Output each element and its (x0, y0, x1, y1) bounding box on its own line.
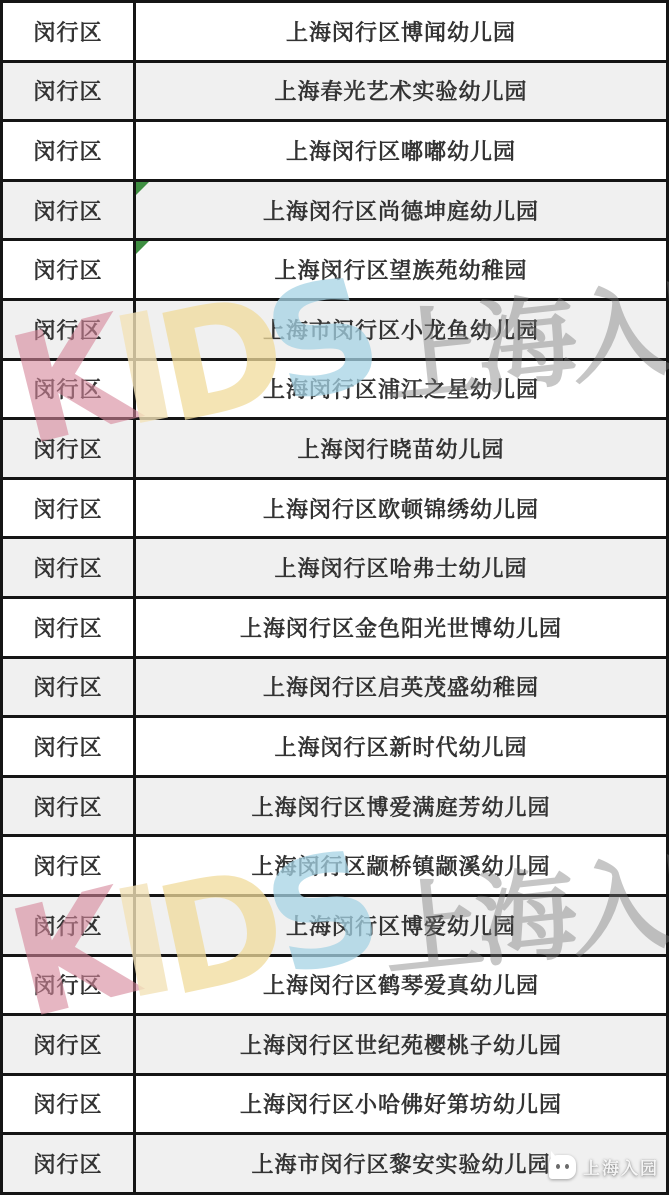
kindergarten-name-cell: 上海闵行区欧顿锦绣幼儿园 (136, 480, 666, 537)
mascot-ear (551, 1151, 558, 1159)
table-row: 闵行区 上海闵行区启英茂盛幼稚园 (3, 659, 666, 719)
kindergarten-name: 上海闵行区欧顿锦绣幼儿园 (263, 493, 539, 524)
district-cell: 闵行区 (3, 241, 136, 298)
kindergarten-list-screen: 闵行区 上海闵行区博闻幼儿园 闵行区 上海春光艺术实验幼儿园 闵行区 上海闵行区… (0, 0, 669, 1195)
table-row: 闵行区 上海闵行区欧顿锦绣幼儿园 (3, 480, 666, 540)
table-row: 闵行区 上海闵行区小哈佛好第坊幼儿园 (3, 1076, 666, 1136)
kindergarten-name: 上海闵行区博闻幼儿园 (286, 16, 516, 47)
kindergarten-name-cell: 上海闵行区启英茂盛幼稚园 (136, 659, 666, 716)
kindergarten-name: 上海闵行区新时代幼儿园 (274, 731, 527, 762)
district-cell: 闵行区 (3, 1016, 136, 1073)
table-row: 闵行区 上海闵行区颛桥镇颛溪幼儿园 (3, 837, 666, 897)
green-corner-marker (136, 182, 149, 195)
mascot-eye-left (556, 1164, 560, 1169)
table-row: 闵行区 上海闵行区尚德坤庭幼儿园 (3, 182, 666, 242)
kindergarten-name-cell: 上海市闵行区小龙鱼幼儿园 (136, 301, 666, 358)
kindergarten-name-cell: 上海闵行区望族苑幼稚园 (136, 241, 666, 298)
district-cell: 闵行区 (3, 1076, 136, 1133)
kindergarten-name: 上海闵行区尚德坤庭幼儿园 (263, 195, 539, 226)
district-cell: 闵行区 (3, 361, 136, 418)
district-cell: 闵行区 (3, 539, 136, 596)
kindergarten-name: 上海闵行区博爱幼儿园 (286, 910, 516, 941)
kindergarten-name-cell: 上海闵行区颛桥镇颛溪幼儿园 (136, 837, 666, 894)
district-cell: 闵行区 (3, 837, 136, 894)
kindergarten-name-cell: 上海闵行晓苗幼儿园 (136, 420, 666, 477)
brand-logo-text: 上海入园 (583, 1154, 659, 1179)
kindergarten-name-cell: 上海闵行区新时代幼儿园 (136, 718, 666, 775)
district-cell: 闵行区 (3, 599, 136, 656)
table-row: 闵行区 上海春光艺术实验幼儿园 (3, 63, 666, 123)
table-row: 闵行区 上海闵行区浦江之星幼儿园 (3, 361, 666, 421)
kindergarten-name-cell: 上海春光艺术实验幼儿园 (136, 63, 666, 120)
district-cell: 闵行区 (3, 420, 136, 477)
district-cell: 闵行区 (3, 957, 136, 1014)
table-row: 闵行区 上海闵行区博爱幼儿园 (3, 897, 666, 957)
kindergarten-name: 上海闵行区望族苑幼稚园 (274, 254, 527, 285)
kindergarten-name-cell: 上海闵行区世纪苑樱桃子幼儿园 (136, 1016, 666, 1073)
table-row: 闵行区 上海市闵行区小龙鱼幼儿园 (3, 301, 666, 361)
mascot-icon (549, 1155, 576, 1179)
kindergarten-name: 上海春光艺术实验幼儿园 (274, 75, 527, 106)
kindergarten-name: 上海闵行区鹤琴爱真幼儿园 (263, 969, 539, 1000)
kindergarten-name: 上海市闵行区小龙鱼幼儿园 (263, 314, 539, 345)
green-corner-marker (136, 241, 149, 254)
district-cell: 闵行区 (3, 301, 136, 358)
kindergarten-name: 上海闵行区颛桥镇颛溪幼儿园 (251, 850, 550, 881)
kindergarten-name: 上海闵行区浦江之星幼儿园 (263, 373, 539, 404)
table-row: 闵行区 上海闵行区金色阳光世博幼儿园 (3, 599, 666, 659)
district-cell: 闵行区 (3, 718, 136, 775)
kindergarten-table: 闵行区 上海闵行区博闻幼儿园 闵行区 上海春光艺术实验幼儿园 闵行区 上海闵行区… (0, 0, 669, 1195)
district-cell: 闵行区 (3, 480, 136, 537)
table-row: 闵行区 上海闵行区博闻幼儿园 (3, 3, 666, 63)
table-row: 闵行区 上海闵行区新时代幼儿园 (3, 718, 666, 778)
table-row: 闵行区 上海闵行区博爱满庭芳幼儿园 (3, 778, 666, 838)
table-row: 闵行区 上海闵行区鹤琴爱真幼儿园 (3, 957, 666, 1017)
kindergarten-name: 上海闵行区启英茂盛幼稚园 (263, 671, 539, 702)
table-row: 闵行区 上海闵行区望族苑幼稚园 (3, 241, 666, 301)
kindergarten-name: 上海闵行区小哈佛好第坊幼儿园 (240, 1088, 562, 1119)
table-row: 闵行区 上海闵行区世纪苑樱桃子幼儿园 (3, 1016, 666, 1076)
kindergarten-name: 上海闵行区嘟嘟幼儿园 (286, 135, 516, 166)
district-cell: 闵行区 (3, 122, 136, 179)
mascot-eye-right (565, 1164, 569, 1169)
kindergarten-name-cell: 上海闵行区小哈佛好第坊幼儿园 (136, 1076, 666, 1133)
district-cell: 闵行区 (3, 3, 136, 60)
district-cell: 闵行区 (3, 897, 136, 954)
kindergarten-name-cell: 上海闵行区金色阳光世博幼儿园 (136, 599, 666, 656)
kindergarten-name: 上海闵行区世纪苑樱桃子幼儿园 (240, 1029, 562, 1060)
kindergarten-name: 上海闵行区金色阳光世博幼儿园 (240, 612, 562, 643)
table-row: 闵行区 上海闵行区哈弗士幼儿园 (3, 539, 666, 599)
table-row: 闵行区 上海闵行区嘟嘟幼儿园 (3, 122, 666, 182)
kindergarten-name-cell: 上海闵行区浦江之星幼儿园 (136, 361, 666, 418)
kindergarten-name: 上海闵行区博爱满庭芳幼儿园 (251, 791, 550, 822)
kindergarten-name-cell: 上海闵行区鹤琴爱真幼儿园 (136, 957, 666, 1014)
kindergarten-name-cell: 上海闵行区博闻幼儿园 (136, 3, 666, 60)
table-row: 闵行区 上海闵行晓苗幼儿园 (3, 420, 666, 480)
kindergarten-name-cell: 上海闵行区尚德坤庭幼儿园 (136, 182, 666, 239)
kindergarten-name-cell: 上海闵行区博爱幼儿园 (136, 897, 666, 954)
kindergarten-name: 上海市闵行区黎安实验幼儿园 (251, 1148, 550, 1179)
district-cell: 闵行区 (3, 1135, 136, 1192)
kindergarten-name-cell: 上海闵行区嘟嘟幼儿园 (136, 122, 666, 179)
district-cell: 闵行区 (3, 778, 136, 835)
kindergarten-name-cell: 上海闵行区哈弗士幼儿园 (136, 539, 666, 596)
district-cell: 闵行区 (3, 63, 136, 120)
kindergarten-name: 上海闵行区哈弗士幼儿园 (274, 552, 527, 583)
district-cell: 闵行区 (3, 659, 136, 716)
kindergarten-name: 上海闵行晓苗幼儿园 (297, 433, 504, 464)
brand-logo: 上海入园 (549, 1154, 659, 1179)
kindergarten-name-cell: 上海闵行区博爱满庭芳幼儿园 (136, 778, 666, 835)
district-cell: 闵行区 (3, 182, 136, 239)
